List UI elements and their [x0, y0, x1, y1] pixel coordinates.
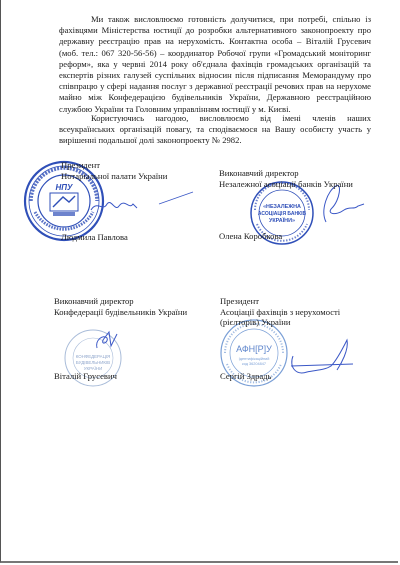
svg-text:УКРАЇНИ»: УКРАЇНИ» — [269, 217, 295, 224]
realtors-association-signatory-name: Сергій Здрадь — [220, 371, 271, 382]
banks-association-title: Виконавчий директор Незалежної асоціації… — [219, 168, 353, 189]
svg-text:БУДІВЕЛЬНИКІВ: БУДІВЕЛЬНИКІВ — [76, 360, 110, 365]
paragraph-text: Користуючись нагодою, висловлюємо від ім… — [59, 113, 371, 145]
signatory-organization: Нотаріальної палати України — [61, 171, 167, 182]
signatory-position: Виконавчий директор — [219, 168, 353, 179]
signatory-organization: Асоціації фахівців з нерухомості — [220, 307, 340, 318]
paragraph-text: Ми також висловлюємо готовність долучити… — [59, 14, 371, 114]
signatory-organization: Конфедерації будівельників України — [54, 307, 187, 318]
realtors-association-title: Президент Асоціації фахівців з нерухомос… — [220, 296, 340, 328]
svg-text:АФН[Р]У: АФН[Р]У — [236, 344, 272, 354]
svg-text:«НЕЗАЛЕЖНА: «НЕЗАЛЕЖНА — [263, 204, 301, 210]
signatory-organization: Незалежної асоціації банків України — [219, 179, 353, 190]
realtors-association-signature-icon — [287, 336, 357, 380]
svg-text:НПУ: НПУ — [56, 183, 74, 192]
svg-text:код 36204847: код 36204847 — [242, 362, 266, 366]
builders-confederation-signatory-name: Віталій Грусевич — [54, 371, 117, 382]
builders-confederation-title: Виконавчий директор Конфедерації будівел… — [54, 296, 187, 317]
builders-confederation-signature-icon — [93, 330, 123, 352]
notary-chamber-signatory-name: Людмила Павлова — [61, 232, 128, 243]
notary-chamber-title: Президент Нотаріальної палати України — [61, 160, 167, 181]
signatory-position: Президент — [61, 160, 167, 171]
signatory-organization-cont: (рієлторів) України — [220, 317, 340, 328]
svg-text:Ідентифікаційний: Ідентифікаційний — [239, 357, 270, 361]
signatory-position: Президент — [220, 296, 340, 307]
paragraph-closing: Користуючись нагодою, висловлюємо від ім… — [59, 113, 371, 147]
paragraph-collaboration: Ми також висловлюємо готовність долучити… — [59, 14, 371, 115]
svg-text:АСОЦІАЦІЯ БАНКІВ: АСОЦІАЦІЯ БАНКІВ — [258, 211, 307, 217]
document-page: Ми також висловлюємо готовність долучити… — [0, 0, 398, 563]
notary-chamber-signature-icon — [89, 190, 199, 220]
signatory-position: Виконавчий директор — [54, 296, 187, 307]
banks-association-signatory-name: Олена Коробкова — [219, 231, 282, 242]
svg-text:КОНФЕДЕРАЦІЯ: КОНФЕДЕРАЦІЯ — [76, 354, 110, 359]
